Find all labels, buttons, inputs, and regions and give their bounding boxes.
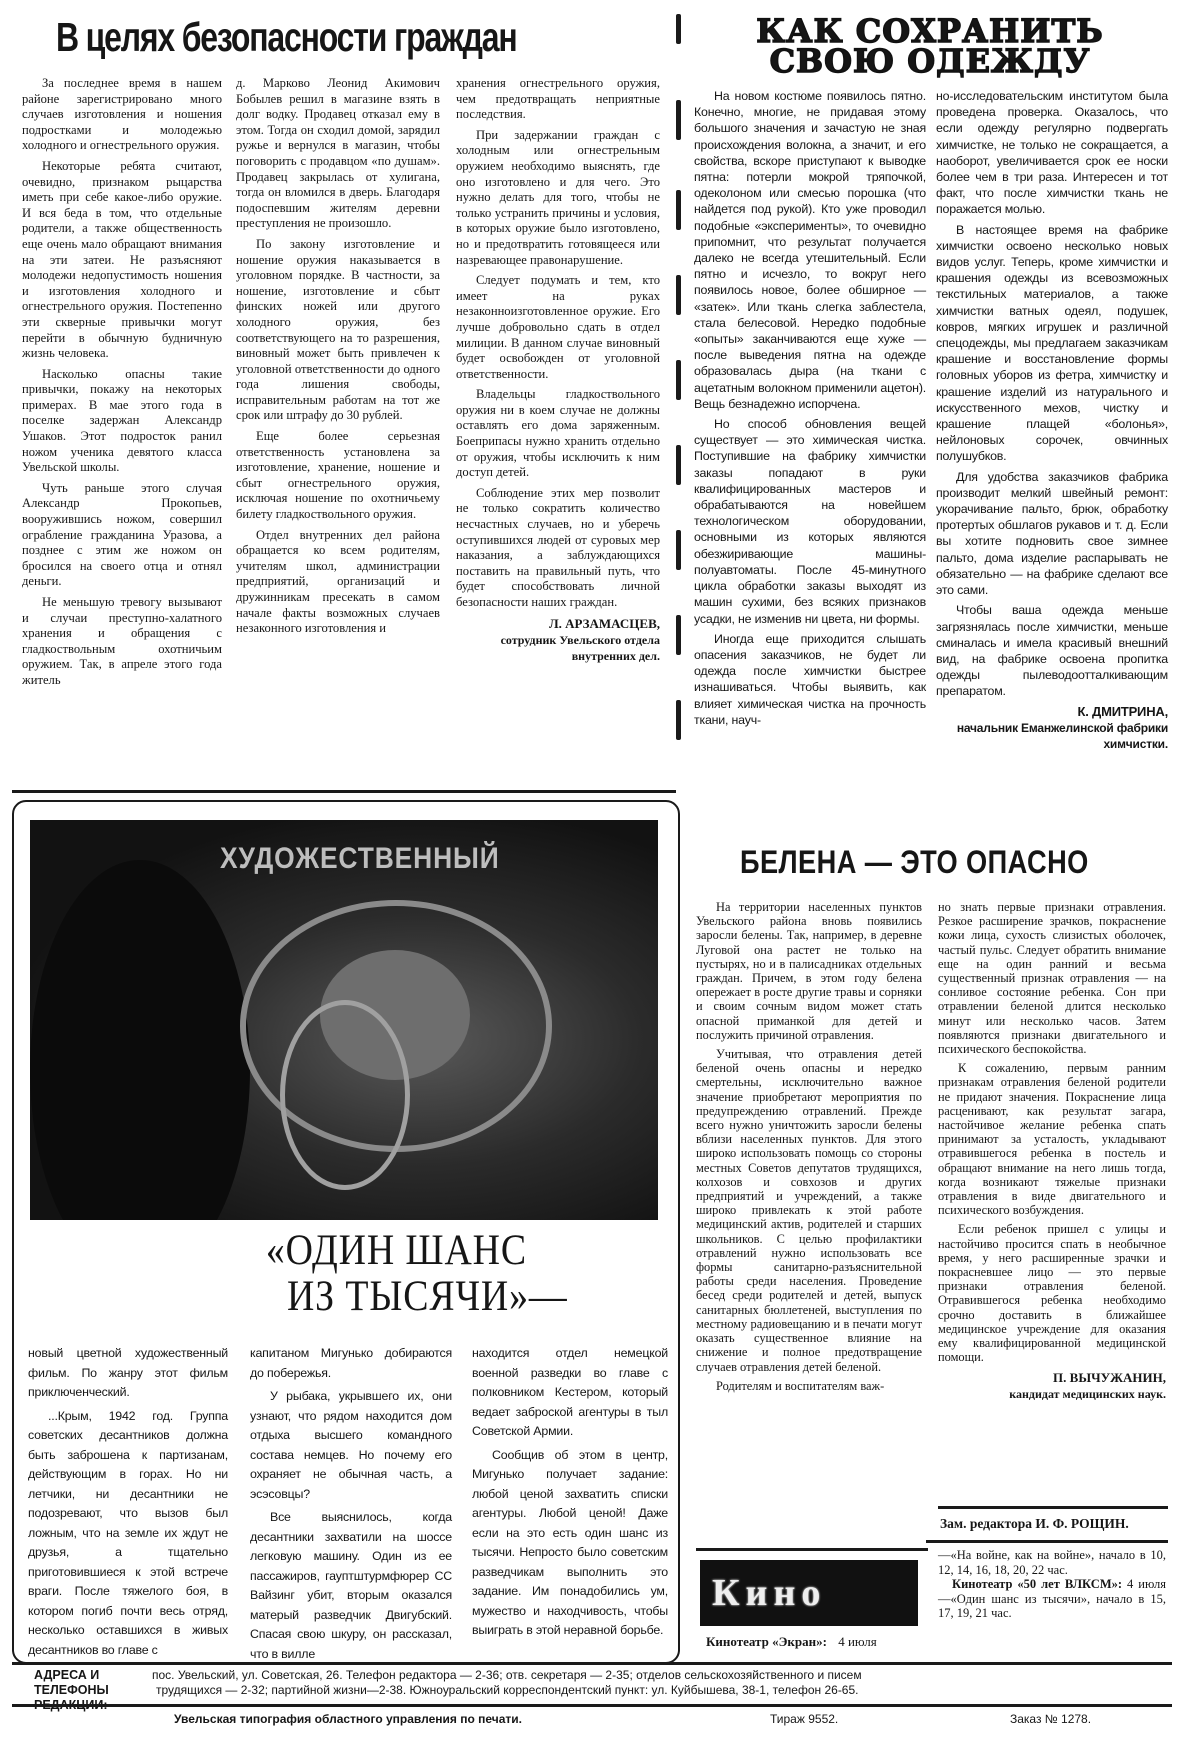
- paragraph: находится отдел немецкой военной разведк…: [472, 1344, 668, 1442]
- printer-info: Увельская типография областного управлен…: [174, 1712, 522, 1727]
- author-role: кандидат медицинских наук.: [938, 1386, 1166, 1402]
- paragraph: При задержании граждан с холодным или ог…: [456, 128, 660, 268]
- cinema-ekran-label: Кинотеатр «Экран»:: [706, 1634, 827, 1649]
- section-rule: [926, 1540, 1168, 1543]
- paragraph: новый цветной художественный фильм. По ж…: [28, 1344, 228, 1403]
- headline-safety: В целях безопасности граждан: [56, 14, 517, 61]
- headline-clothing: КАК СОХРАНИТЬ СВОЮ ОДЕЖДУ: [700, 16, 1160, 76]
- column-divider: [676, 190, 681, 230]
- film-title: «ОДИН ШАНС ИЗ ТЫСЯЧИ»—: [250, 1222, 584, 1320]
- author-role: начальник Еманжелинской фабрики химчистк…: [936, 720, 1168, 752]
- paragraph: На территории населенных пунктов Увельск…: [696, 900, 922, 1042]
- paragraph: У рыбака, укрывшего их, они узнают, что …: [250, 1387, 452, 1504]
- paragraph: Соблюдение этих мер позволит не только с…: [456, 486, 660, 611]
- film-column-1: новый цветной художественный фильм. По ж…: [28, 1344, 228, 1664]
- paragraph: Насколько опасны такие привычки, покажу …: [22, 367, 222, 476]
- address-line: трудящихся — 2-32; партийной жизни—2-38.…: [156, 1683, 862, 1698]
- film-title-line: ИЗ ТЫСЯЧИ»—: [287, 1274, 568, 1320]
- cinema-vlksm-label: Кинотеатр «50 лет ВЛКСМ»:: [952, 1577, 1122, 1591]
- article2-column-2: но-исследовательским институтом была про…: [936, 88, 1168, 752]
- article3-column-1: На территории населенных пунктов Увельск…: [696, 900, 922, 1398]
- section-rule: [12, 790, 676, 793]
- article1-column-3: хранения огнестрельного оружия, чем пред…: [456, 76, 660, 664]
- paragraph: К сожалению, первым ранним признакам отр…: [938, 1061, 1166, 1217]
- paragraph: хранения огнестрельного оружия, чем пред…: [456, 76, 660, 123]
- column-divider: [676, 275, 681, 315]
- footer-rule: [12, 1704, 1172, 1707]
- kino-logo: Кино: [700, 1560, 918, 1626]
- photo-overlay-text: ХУДОЖЕСТВЕННЫЙ: [220, 842, 500, 876]
- paragraph: За последнее время в нашем районе зареги…: [22, 76, 222, 154]
- paragraph: капитаном Мигунько добираются до побереж…: [250, 1344, 452, 1383]
- paragraph: Если ребенок пришел с улицы и настойчиво…: [938, 1222, 1166, 1364]
- author-signature: Л. АРЗАМАСЦЕВ, сотрудник Увельского отде…: [456, 616, 660, 664]
- author-name: Л. АРЗАМАСЦЕВ,: [549, 616, 660, 631]
- article2-column-1: На новом костюме появилось пятно. Конечн…: [694, 88, 926, 732]
- column-divider: [676, 700, 681, 740]
- paragraph: но знать первые признаки отравления. Рез…: [938, 900, 1166, 1056]
- column-divider: [676, 530, 681, 570]
- section-rule: [696, 1548, 928, 1551]
- author-name: П. ВЫЧУЖАНИН,: [1053, 1370, 1166, 1385]
- paragraph: Учитывая, что отравления детей беленой о…: [696, 1047, 922, 1374]
- cinema-ekran: Кинотеатр «Экран»: 4 июля: [706, 1634, 877, 1650]
- deputy-editor: Зам. редактора И. Ф. РОЩИН.: [940, 1516, 1129, 1532]
- cinema-ekran-film: —«На войне, как на войне», начало в 10, …: [938, 1548, 1166, 1577]
- paragraph: но-исследовательским институтом была про…: [936, 88, 1168, 218]
- author-signature: П. ВЫЧУЖАНИН, кандидат медицинских наук.: [938, 1370, 1166, 1402]
- column-divider: [676, 445, 681, 485]
- paragraph: Еще более серьезная ответственность уста…: [236, 429, 440, 523]
- cinema-vlksm: Кинотеатр «50 лет ВЛКСМ»: 4 июля —«Один …: [938, 1577, 1166, 1621]
- paragraph: д. Марково Леонид Акимович Бобылев решил…: [236, 76, 440, 232]
- author-name: К. ДМИТРИНА,: [1077, 704, 1168, 719]
- column-divider: [676, 615, 681, 655]
- paragraph: Иногда еще приходится слышать опасения з…: [694, 631, 926, 728]
- section-rule: [938, 1506, 1168, 1509]
- photo-steering-wheel: [280, 1000, 410, 1190]
- film-column-3: находится отдел немецкой военной разведк…: [472, 1344, 668, 1645]
- paragraph: Некоторые ребята считают, очевидно, приз…: [22, 159, 222, 362]
- paragraph: Для удобства заказчиков фабрика производ…: [936, 469, 1168, 599]
- paragraph: Не меньшую тревогу вызывают и случаи пре…: [22, 595, 222, 689]
- author-signature: К. ДМИТРИНА, начальник Еманжелинской фаб…: [936, 704, 1168, 752]
- article1-column-2: д. Марково Леонид Акимович Бобылев решил…: [236, 76, 440, 642]
- order-number: Заказ № 1278.: [1010, 1712, 1091, 1727]
- paragraph: Чтобы ваша одежда меньше загрязнялась по…: [936, 602, 1168, 699]
- article3-column-2: но знать первые признаки отравления. Рез…: [938, 900, 1166, 1402]
- paragraph: Владельцы гладкоствольного оружия ни в к…: [456, 387, 660, 481]
- paragraph: Чуть раньше этого случая Александр Проко…: [22, 481, 222, 590]
- cinema-schedule: —«На войне, как на войне», начало в 10, …: [938, 1548, 1166, 1621]
- circulation: Тираж 9552.: [770, 1712, 838, 1727]
- column-divider: [676, 14, 681, 44]
- paragraph: Сообщив об этом в центр, Мигунько получа…: [472, 1446, 668, 1641]
- photo-figure-officer: [30, 860, 250, 1220]
- film-title-line: «ОДИН ШАНС: [266, 1228, 568, 1274]
- column-divider: [676, 100, 681, 140]
- footer-rule: [12, 1662, 1172, 1665]
- article1-column-1: За последнее время в нашем районе зареги…: [22, 76, 222, 694]
- paragraph: Все выяснилось, когда десантники захвати…: [250, 1508, 452, 1664]
- headline-line: СВОЮ ОДЕЖДУ: [700, 46, 1160, 76]
- address-line: пос. Увельский, ул. Советская, 26. Телеф…: [152, 1668, 862, 1683]
- paragraph: Следует подумать и тем, кто имеет на рук…: [456, 273, 660, 382]
- headline-henbane: БЕЛЕНА — ЭТО ОПАСНО: [740, 844, 1089, 881]
- cinema-ekran-date: 4 июля: [838, 1634, 877, 1649]
- paragraph: По закону изготовление и ношение оружия …: [236, 237, 440, 424]
- paragraph: Отдел внутренних дел района обращается к…: [236, 528, 440, 637]
- author-role: сотрудник Увельского отдела внутренних д…: [456, 632, 660, 664]
- paragraph: Но способ обновления вещей существует — …: [694, 416, 926, 627]
- column-divider: [676, 360, 681, 400]
- film-column-2: капитаном Мигунько добираются до побереж…: [250, 1344, 452, 1668]
- paragraph: На новом костюме появилось пятно. Конечн…: [694, 88, 926, 412]
- paragraph: Родителям и воспитателям важ-: [696, 1379, 922, 1393]
- paragraph: В настоящее время на фабрике химчистки о…: [936, 222, 1168, 465]
- film-still-photo: ХУДОЖЕСТВЕННЫЙ: [30, 820, 658, 1220]
- paragraph: ...Крым, 1942 год. Группа советских деса…: [28, 1407, 228, 1661]
